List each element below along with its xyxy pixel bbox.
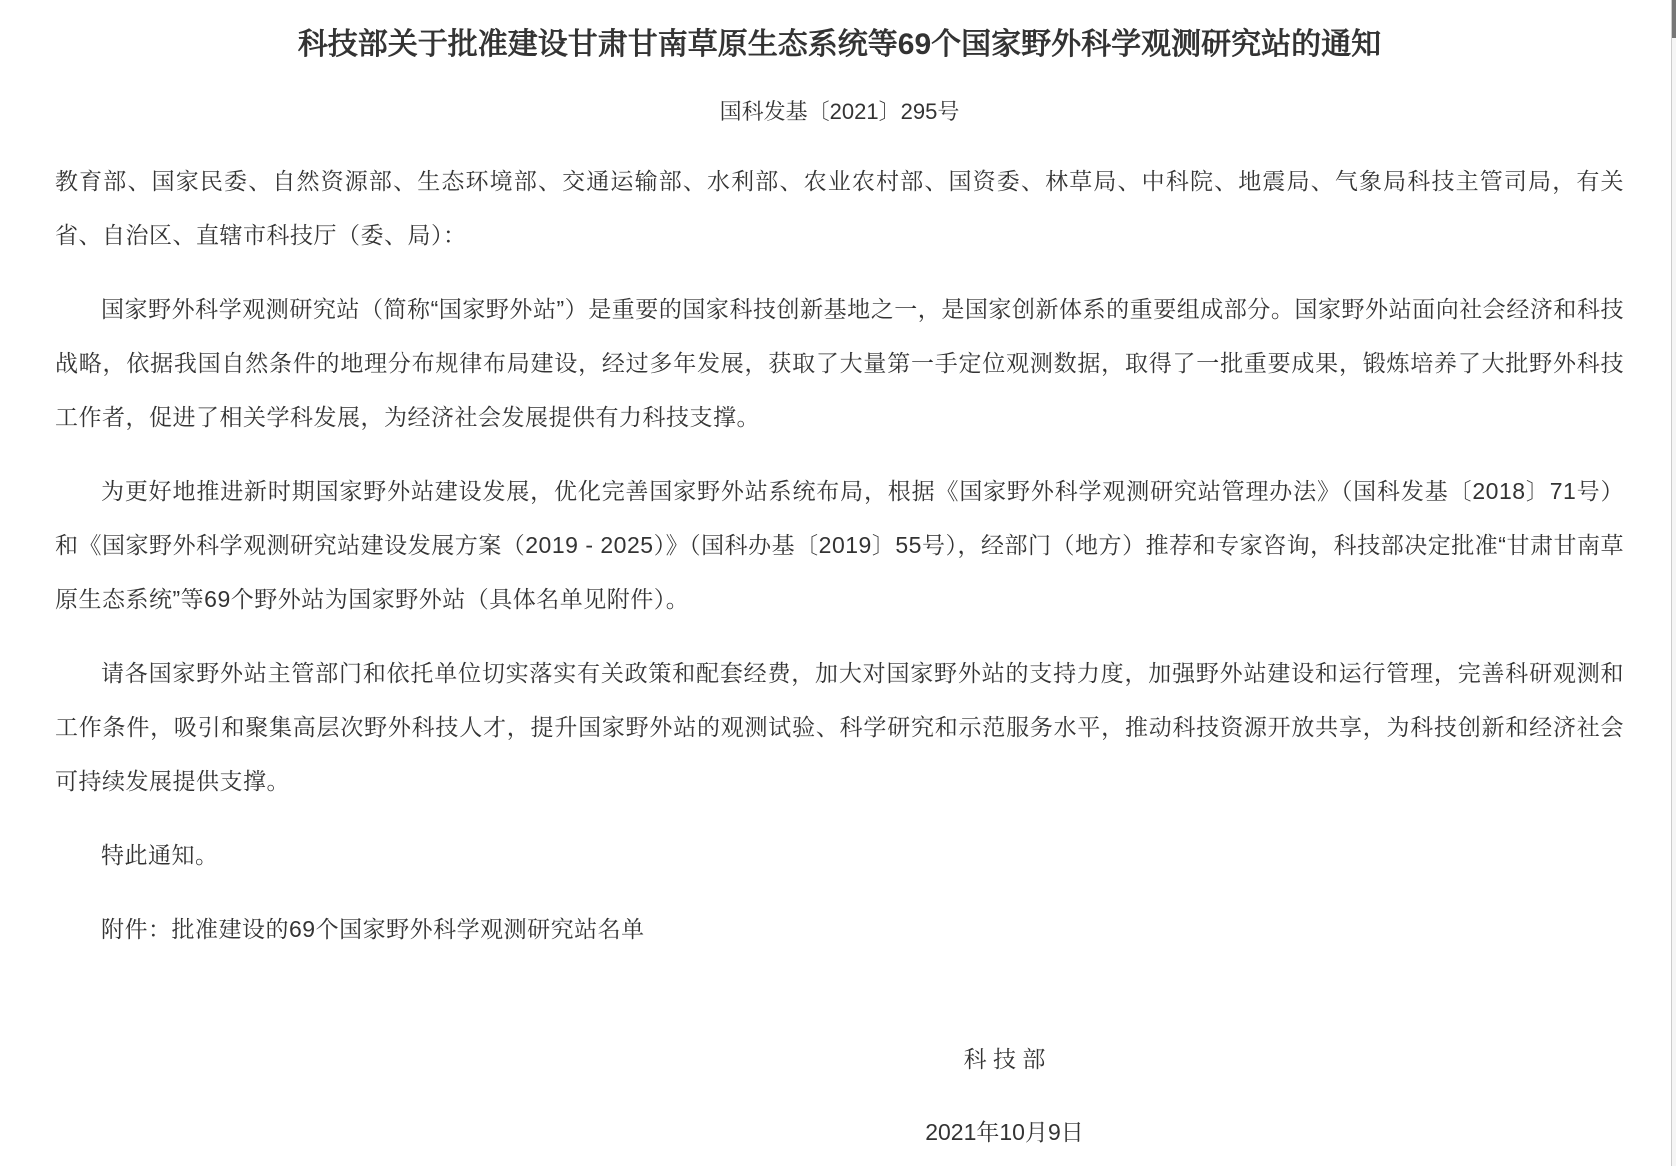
body-paragraph: 国家野外科学观测研究站（简称“国家野外站”）是重要的国家科技创新基地之一，是国家… (55, 282, 1624, 444)
scrollbar-thumb[interactable] (1672, 0, 1676, 38)
signature-issuer: 科 技 部 (220, 1032, 1676, 1086)
notice-document: 科技部关于批准建设甘肃甘南草原生态系统等69个国家野外科学观测研究站的通知 国科… (55, 0, 1624, 1159)
salutation: 教育部、国家民委、自然资源部、生态环境部、交通运输部、水利部、农业农村部、国资委… (55, 154, 1624, 262)
body-paragraph: 为更好地推进新时期国家野外站建设发展，优化完善国家野外站系统布局，根据《国家野外… (55, 464, 1624, 626)
document-body: 教育部、国家民委、自然资源部、生态环境部、交通运输部、水利部、农业农村部、国资委… (55, 154, 1624, 956)
signature-block: 科 技 部 2021年10月9日 (220, 1032, 1676, 1159)
body-paragraph: 请各国家野外站主管部门和依托单位切实落实有关政策和配套经费，加大对国家野外站的支… (55, 646, 1624, 808)
signature-date: 2021年10月9日 (220, 1105, 1676, 1159)
scrollbar-track[interactable] (1671, 0, 1676, 1166)
document-title: 科技部关于批准建设甘肃甘南草原生态系统等69个国家野外科学观测研究站的通知 (55, 26, 1624, 64)
attachment-line: 附件：批准建设的69个国家野外科学观测研究站名单 (55, 902, 1624, 956)
closing-line: 特此通知。 (55, 828, 1624, 882)
document-number: 国科发基〔2021〕295号 (55, 98, 1624, 126)
